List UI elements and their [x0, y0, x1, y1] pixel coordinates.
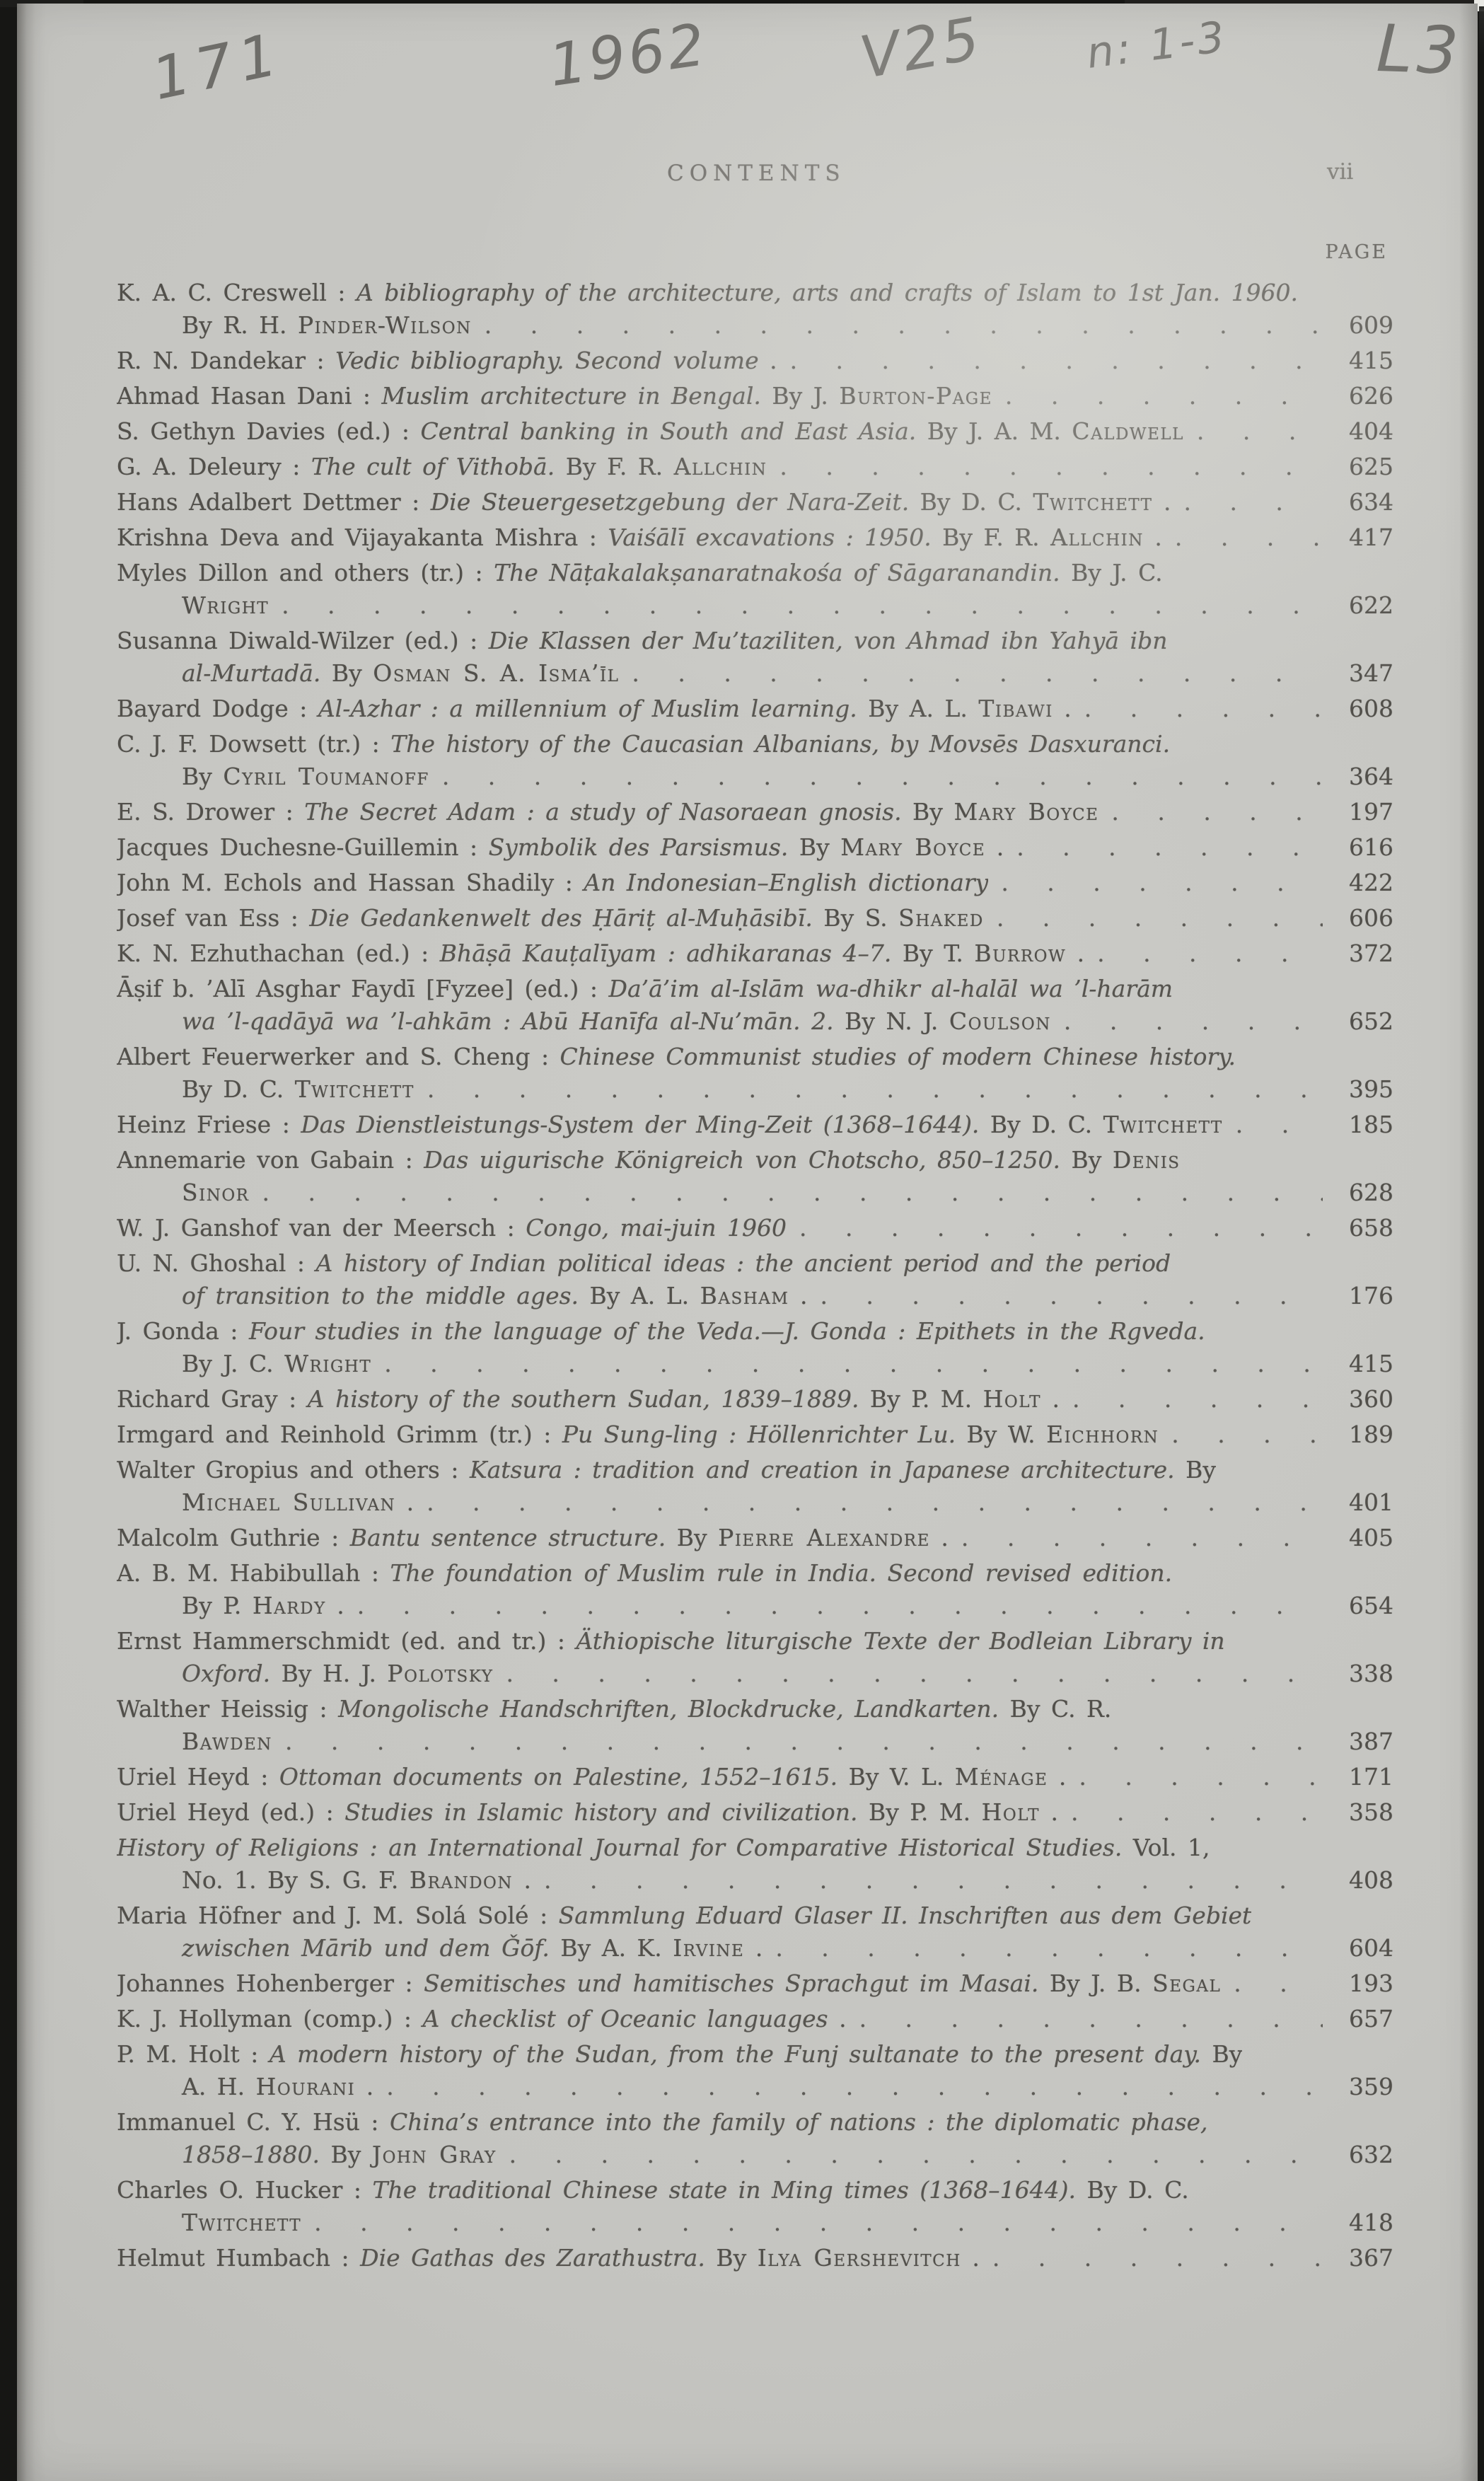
toc-entry: John M. Echols and Hassan Shadily : An I… [117, 867, 1393, 899]
author-text: . [1040, 1798, 1058, 1826]
toc-line: Josef van Ess : Die Gedankenwelt des Ḥār… [117, 902, 1393, 935]
leader-dots: . . . . . . . . . . . . . . . . . . . . … [1016, 831, 1323, 864]
leader-dots: . . . . . . . . . . . . . . . . . . . . … [285, 1725, 1323, 1758]
toc-line: Twitchett. . . . . . . . . . . . . . . .… [117, 2207, 1393, 2239]
folio-number: vii [1327, 159, 1353, 185]
book-title: The traditional Chinese state in Ming ti… [372, 2176, 1076, 2204]
author-text: By [320, 659, 373, 687]
toc-line: Uriel Heyd : Ottoman documents on Palest… [117, 1761, 1393, 1793]
author-text: . [828, 2005, 847, 2032]
toc-entry: Irmgard and Reinhold Grimm (tr.) : Pu Su… [117, 1418, 1393, 1451]
reviewer-name: Twitchett [295, 1075, 415, 1103]
toc-entry: Malcolm Guthrie : Bantu sentence structu… [117, 1522, 1393, 1554]
toc-entry: Uriel Heyd : Ottoman documents on Palest… [117, 1761, 1393, 1793]
reviewer-name: Pierre Alexandre [718, 1524, 930, 1551]
book-title: The history of the Caucasian Albanians, … [390, 730, 1170, 758]
author-text: By P. M. [858, 1798, 982, 1826]
toc-entry: Richard Gray : A history of the southern… [117, 1383, 1393, 1416]
page-number: 364 [1333, 761, 1393, 793]
toc-line: Walther Heissig : Mongolische Handschrif… [117, 1693, 1393, 1725]
toc-line-text: Sinor [117, 1176, 250, 1209]
toc-line-text: S. Gethyn Davies (ed.) : Central banking… [117, 415, 1184, 448]
toc-entry: Hans Adalbert Dettmer : Die Steuergesetz… [117, 486, 1393, 519]
author-text: . [1041, 1385, 1060, 1413]
page-number: 171 [1333, 1761, 1393, 1793]
reviewer-name: Sinor [182, 1179, 250, 1206]
book-title: A modern history of the Sudan, from the … [269, 2040, 1201, 2068]
toc-list: K. A. C. Creswell : A bibliography of th… [117, 277, 1393, 2277]
toc-line-text: W. J. Ganshof van der Meersch : Congo, m… [117, 1212, 787, 1244]
toc-line: Susanna Diwald-Wilzer (ed.) : Die Klasse… [117, 625, 1393, 657]
toc-entry: W. J. Ganshof van der Meersch : Congo, m… [117, 1212, 1393, 1244]
toc-line: K. A. C. Creswell : A bibliography of th… [117, 277, 1393, 309]
page-number: 415 [1333, 345, 1393, 377]
book-title: A history of the southern Sudan, 1839–18… [308, 1385, 859, 1413]
book-title: Ottoman documents on Palestine, 1552–161… [279, 1763, 837, 1791]
toc-line-text: Walter Gropius and others : Katsura : tr… [117, 1454, 1216, 1486]
leader-dots: . . . . . . . . . . . . . . . . . . . . … [1197, 415, 1323, 448]
page-number: 604 [1333, 1932, 1393, 1965]
toc-line: Oxford. By H. J. Polotsky. . . . . . . .… [117, 1658, 1393, 1690]
reviewer-name: Holt [982, 1798, 1040, 1826]
page-number: 367 [1333, 2242, 1393, 2274]
book-title: History of Religions : an International … [117, 1834, 1122, 1861]
author-text: Āṣif b. ’Alī Asghar Faydī [Fyzee] (ed.) … [117, 975, 609, 1002]
page-number: 347 [1333, 657, 1393, 690]
reviewer-name: John Gray [372, 2141, 497, 2168]
toc-line: of transition to the middle ages. By A. … [117, 1280, 1393, 1312]
reviewer-name: Mary Boyce [953, 798, 1098, 826]
author-text: By A. L. [579, 1282, 700, 1309]
book-title: Sammlung Eduard Glaser II. Inschriften a… [559, 1902, 1252, 1929]
reviewer-name: Osman S. A. Isma’īl [373, 659, 619, 687]
author-text: Krishna Deva and Vijayakanta Mishra : [117, 524, 608, 551]
leader-dots: . . . . . . . . . . . . . . . . . . . . … [427, 1073, 1323, 1106]
toc-entry: U. N. Ghoshal : A history of Indian poli… [117, 1247, 1393, 1312]
page-number: 408 [1333, 1864, 1393, 1897]
author-text: By D. C. [909, 488, 1033, 516]
toc-line-text: R. N. Dandekar : Vedic bibliography. Sec… [117, 345, 777, 377]
leader-dots: . . . . . . . . . . . . . . . . . . . . … [427, 1486, 1323, 1519]
toc-entry: Charles O. Hucker : The traditional Chin… [117, 2174, 1393, 2239]
toc-line: C. J. F. Dowsett (tr.) : The history of … [117, 728, 1393, 761]
leader-dots: . . . . . . . . . . . . . . . . . . . . … [544, 1864, 1323, 1897]
author-text: Charles O. Hucker : [117, 2176, 372, 2204]
toc-line-text: Johannes Hohenberger : Semitisches und h… [117, 1967, 1221, 2000]
toc-line-text: Susanna Diwald-Wilzer (ed.) : Die Klasse… [117, 625, 1167, 657]
toc-line: Michael Sullivan .. . . . . . . . . . . … [117, 1486, 1393, 1519]
reviewer-name: Eichhorn [1046, 1421, 1159, 1448]
author-text: K. N. Ezhuthachan (ed.) : [117, 939, 440, 967]
leader-dots: . . . . . . . . . . . . . . . . . . . . … [1005, 380, 1323, 412]
toc-line-text: Maria Höfner and J. M. Solá Solé : Samml… [117, 1899, 1251, 1932]
reviewer-name: Twitchett [1033, 488, 1152, 516]
book-title: Katsura : tradition and creation in Japa… [470, 1456, 1175, 1484]
author-text: By D. C. [1076, 2176, 1189, 2204]
leader-dots: . . . . . . . . . . . . . . . . . . . . … [1001, 867, 1323, 899]
author-text: . [355, 2073, 373, 2100]
book-title: wa ’l-qadāyā wa ’l-ahkām : Abū Hanīfa al… [182, 1007, 834, 1035]
page-number: 372 [1333, 937, 1393, 970]
toc-line: By J. C. Wright. . . . . . . . . . . . .… [117, 1348, 1393, 1380]
toc-line-text: By J. C. Wright [117, 1348, 371, 1380]
book-title: China’s entrance into the family of nati… [390, 2108, 1208, 2136]
page-number: 654 [1333, 1590, 1393, 1622]
page-number: 622 [1333, 589, 1393, 622]
toc-entry: P. M. Holt : A modern history of the Sud… [117, 2038, 1393, 2103]
author-text: . [1153, 488, 1171, 516]
author-text: By J. C. [182, 1350, 284, 1377]
reviewer-name: Wright [284, 1350, 371, 1377]
toc-entry: A. B. M. Habibullah : The foundation of … [117, 1557, 1393, 1622]
toc-line-text: Ahmad Hasan Dani : Muslim architecture i… [117, 380, 992, 412]
page-number: 626 [1333, 380, 1393, 412]
author-text: By W. [956, 1421, 1046, 1448]
page-column-label: PAGE [1326, 241, 1388, 263]
toc-entry: Krishna Deva and Vijayakanta Mishra : Va… [117, 521, 1393, 554]
toc-line-text: Uriel Heyd (ed.) : Studies in Islamic hi… [117, 1796, 1058, 1829]
author-text: By A. K. [550, 1934, 673, 1962]
author-text: Immanuel C. Y. Hsü : [117, 2108, 390, 2136]
reviewer-name: Hardy [253, 1592, 326, 1619]
toc-entry: K. J. Hollyman (comp.) : A checklist of … [117, 2003, 1393, 2035]
toc-line-text: Josef van Ess : Die Gedankenwelt des Ḥār… [117, 902, 984, 935]
page-number: 176 [1333, 1280, 1393, 1312]
toc-line-text: Albert Feuerwerker and S. Cheng : Chines… [117, 1041, 1236, 1073]
leader-dots: . . . . . . . . . . . . . . . . . . . . … [799, 1212, 1323, 1244]
toc-line: K. N. Ezhuthachan (ed.) : Bhāṣā Kauṭalīy… [117, 937, 1393, 970]
author-text: By A. L. [857, 695, 979, 722]
book-title: Äthiopische liturgische Texte der Bodlei… [576, 1627, 1224, 1655]
author-text: By [182, 763, 223, 790]
book-title: Al-Azhar : a millennium of Muslim learni… [318, 695, 857, 722]
book-title: Congo, mai-juin 1960 [526, 1214, 787, 1242]
toc-line-text: U. N. Ghoshal : A history of Indian poli… [117, 1247, 1171, 1280]
leader-dots: . . . . . . . . . . . . . . . . . . . . … [859, 2003, 1323, 2035]
author-text: Susanna Diwald-Wilzer (ed.) : [117, 627, 489, 654]
toc-line: S. Gethyn Davies (ed.) : Central banking… [117, 415, 1393, 448]
leader-dots: . . . . . . . . . . . . . . . . . . . . … [282, 589, 1323, 622]
page-number: 387 [1333, 1725, 1393, 1758]
toc-line: Wright. . . . . . . . . . . . . . . . . … [117, 589, 1393, 622]
toc-line-text: Annemarie von Gabain : Das uigurische Kö… [117, 1144, 1181, 1176]
reviewer-name: Burton-Page [839, 382, 992, 410]
author-text: Walter Gropius and others : [117, 1456, 470, 1484]
page-number: 405 [1333, 1522, 1393, 1554]
author-text: . [1144, 524, 1162, 551]
author-text: By T. [891, 939, 974, 967]
author-text: . [395, 1488, 414, 1516]
author-text: K. J. Hollyman (comp.) : [117, 2005, 423, 2032]
leader-dots: . . . . . . . . . . . . . . . . . . . . … [1097, 937, 1323, 970]
toc-line-text: zwischen Mārib und dem Ǧōf. By A. K. Irv… [117, 1932, 763, 1965]
author-text: By J. B. [1038, 1970, 1152, 1997]
author-text: A. B. M. Habibullah : [117, 1559, 390, 1587]
toc-line: By R. H. Pinder-Wilson. . . . . . . . . … [117, 309, 1393, 342]
book-title: Die Steuergesetzgebung der Nara-Zeit. [431, 488, 909, 516]
toc-line: E. S. Drower : The Secret Adam : a study… [117, 796, 1393, 828]
reviewer-name: Shaked [898, 904, 984, 932]
reviewer-name: Pinder-Wilson [298, 311, 472, 339]
leader-dots: . . . . . . . . . . . . . . . . . . . . … [1064, 1005, 1323, 1038]
author-text: By F. R. [932, 524, 1050, 551]
leader-dots: . . . . . . . . . . . . . . . . . . . . … [992, 2242, 1323, 2274]
author-text: By S. [813, 904, 898, 932]
page-number: 422 [1333, 867, 1393, 899]
toc-line-text: A. H. Hourani . [117, 2071, 373, 2103]
author-text: By [902, 798, 954, 826]
toc-entry: Jacques Duchesne-Guillemin : Symbolik de… [117, 831, 1393, 864]
toc-line: Āṣif b. ’Alī Asghar Faydī [Fyzee] (ed.) … [117, 973, 1393, 1005]
page-number: 338 [1333, 1658, 1393, 1690]
page-number: 401 [1333, 1486, 1393, 1519]
toc-entry: Immanuel C. Y. Hsü : China’s entrance in… [117, 2106, 1393, 2171]
author-text: S. Gethyn Davies (ed.) : [117, 417, 420, 445]
page-number: 625 [1333, 451, 1393, 483]
page-number: 358 [1333, 1796, 1393, 1829]
leader-dots: . . . . . . . . . . . . . . . . . . . . … [357, 1590, 1323, 1622]
book-title: of transition to the middle ages. [182, 1282, 579, 1309]
author-text: . [1053, 695, 1072, 722]
leader-dots: . . . . . . . . . . . . . . . . . . . . … [1079, 1761, 1323, 1793]
leader-dots: . . . . . . . . . . . . . . . . . . . . … [1084, 693, 1323, 725]
toc-entry: K. N. Ezhuthachan (ed.) : Bhāṣā Kauṭalīy… [117, 937, 1393, 970]
toc-line-text: K. N. Ezhuthachan (ed.) : Bhāṣā Kauṭalīy… [117, 937, 1084, 970]
page-number: 395 [1333, 1073, 1393, 1106]
leader-dots: . . . . . . . . . . . . . . . . . . . . … [1236, 1109, 1323, 1141]
toc-line-text: P. M. Holt : A modern history of the Sud… [117, 2038, 1242, 2071]
toc-line-text: Uriel Heyd : Ottoman documents on Palest… [117, 1761, 1066, 1793]
author-text: Richard Gray : [117, 1385, 308, 1413]
book-title: The Secret Adam : a study of Nasoraean g… [304, 798, 901, 826]
page-number: 417 [1333, 521, 1393, 554]
page-number: 418 [1333, 2207, 1393, 2239]
toc-line: Maria Höfner and J. M. Solá Solé : Samml… [117, 1899, 1393, 1932]
toc-line-text: By P. Hardy . [117, 1590, 344, 1622]
author-text: No. 1. By S. G. F. [182, 1866, 410, 1894]
toc-entry: Susanna Diwald-Wilzer (ed.) : Die Klasse… [117, 625, 1393, 690]
book-title: Vedic bibliography. Second volume [335, 347, 758, 374]
toc-entry: Āṣif b. ’Alī Asghar Faydī [Fyzee] (ed.) … [117, 973, 1393, 1038]
toc-line-text: Charles O. Hucker : The traditional Chin… [117, 2174, 1189, 2207]
book-title: Chinese Communist studies of modern Chin… [560, 1043, 1236, 1070]
toc-line-text: By Cyril Toumanoff [117, 761, 429, 793]
pencil-annotation: L3 [1375, 11, 1463, 89]
book-title: Symbolik des Parsismus. [489, 833, 789, 861]
book-title: Studies in Islamic history and civilizat… [344, 1798, 857, 1826]
author-text: C. J. F. Dowsett (tr.) : [117, 730, 390, 758]
author-text: By D. C. [182, 1075, 295, 1103]
author-text: Ahmad Hasan Dani : [117, 382, 382, 410]
author-text: Hans Adalbert Dettmer : [117, 488, 431, 516]
reviewer-name: Cyril Toumanoff [223, 763, 429, 790]
book-title: Bhāṣā Kauṭalīyam : adhikaranas 4–7. [440, 939, 892, 967]
toc-line-text: K. A. C. Creswell : A bibliography of th… [117, 277, 1298, 309]
leader-dots: . . . . . . . . . . . . . . . . . . . . … [1184, 486, 1323, 519]
toc-entry: Annemarie von Gabain : Das uigurische Kö… [117, 1144, 1393, 1209]
reviewer-name: Polotsky [387, 1660, 493, 1687]
author-text: . [759, 347, 777, 374]
author-text: . [744, 1934, 763, 1962]
toc-line: Charles O. Hucker : The traditional Chin… [117, 2174, 1393, 2207]
toc-line-text: Heinz Friese : Das Dienstleistungs-Syste… [117, 1109, 1223, 1141]
toc-entry: Heinz Friese : Das Dienstleistungs-Syste… [117, 1109, 1393, 1141]
reviewer-name: Allchin [1050, 524, 1144, 551]
author-text: By V. L. [837, 1763, 955, 1791]
author-text: Johannes Hohenberger : [117, 1970, 424, 1997]
reviewer-name: Michael Sullivan [182, 1488, 395, 1516]
pencil-annotation: 171 [146, 21, 289, 114]
toc-line: P. M. Holt : A modern history of the Sud… [117, 2038, 1393, 2071]
author-text: By R. H. [182, 311, 298, 339]
toc-entry: Bayard Dodge : Al-Azhar : a millennium o… [117, 693, 1393, 725]
toc-line-text: John M. Echols and Hassan Shadily : An I… [117, 867, 988, 899]
toc-line-text: Walther Heissig : Mongolische Handschrif… [117, 1693, 1111, 1725]
leader-dots: . . . . . . . . . . . . . . . . . . . . … [775, 1932, 1323, 1965]
toc-line: R. N. Dandekar : Vedic bibliography. Sec… [117, 345, 1393, 377]
author-text: . [985, 833, 1004, 861]
author-text: A. H. [182, 2073, 256, 2100]
author-text: By N. J. [834, 1007, 949, 1035]
toc-line: zwischen Mārib und dem Ǧōf. By A. K. Irv… [117, 1932, 1393, 1965]
author-text: By C. R. [999, 1695, 1111, 1723]
pencil-annotation: n: 1-3 [1084, 12, 1229, 79]
toc-entry: Helmut Humbach : Die Gathas des Zarathus… [117, 2242, 1393, 2274]
author-text: By [1060, 1146, 1113, 1174]
reviewer-name: Segal [1152, 1970, 1221, 1997]
author-text: K. A. C. Creswell : [117, 279, 356, 306]
author-text: . [513, 1866, 531, 1894]
toc-line-text: wa ’l-qadāyā wa ’l-ahkām : Abū Hanīfa al… [117, 1005, 1051, 1038]
scanned-photo: 1711962V25n: 1-3L3 CONTENTS vii PAGE K. … [0, 0, 1484, 2481]
leader-dots: . . . . . . . . . . . . . . . . . . . . … [961, 1522, 1323, 1554]
toc-line: No. 1. By S. G. F. Brandon .. . . . . . … [117, 1864, 1393, 1897]
toc-entry: Uriel Heyd (ed.) : Studies in Islamic hi… [117, 1796, 1393, 1829]
author-text: By J. C. [1060, 559, 1163, 586]
leader-dots: . . . . . . . . . . . . . . . . . . . . … [506, 1658, 1323, 1690]
author-text: By H. J. [270, 1660, 387, 1687]
toc-entry: Josef van Ess : Die Gedankenwelt des Ḥār… [117, 902, 1393, 935]
page-number: 628 [1333, 1176, 1393, 1209]
toc-entry: Johannes Hohenberger : Semitisches und h… [117, 1967, 1393, 2000]
book-title: Das uigurische Königreich von Chotscho, … [424, 1146, 1060, 1174]
toc-line: Heinz Friese : Das Dienstleistungs-Syste… [117, 1109, 1393, 1141]
toc-line: History of Religions : an International … [117, 1832, 1393, 1864]
toc-line: Irmgard and Reinhold Grimm (tr.) : Pu Su… [117, 1418, 1393, 1451]
toc-line: Sinor. . . . . . . . . . . . . . . . . .… [117, 1176, 1393, 1209]
toc-line: John M. Echols and Hassan Shadily : An I… [117, 867, 1393, 899]
reviewer-name: Hourani [256, 2073, 356, 2100]
author-text: By [666, 1524, 718, 1551]
toc-entry: G. A. Deleury : The cult of Vithobā. By … [117, 451, 1393, 483]
author-text: J. Gonda : [117, 1317, 249, 1345]
book-title: Central banking in South and East Asia. [420, 417, 916, 445]
author-text: By F. R. [555, 453, 673, 480]
page-number: 185 [1333, 1109, 1393, 1141]
page-number: 189 [1333, 1418, 1393, 1451]
toc-line-text: Malcolm Guthrie : Bantu sentence structu… [117, 1522, 949, 1554]
toc-line: G. A. Deleury : The cult of Vithobā. By … [117, 451, 1393, 483]
page-title: CONTENTS [667, 161, 846, 186]
author-text: Albert Feuerwerker and S. Cheng : [117, 1043, 560, 1070]
toc-line: Malcolm Guthrie : Bantu sentence structu… [117, 1522, 1393, 1554]
book-title: Vaiśālī excavations : 1950. [608, 524, 931, 551]
author-text: By P. M. [859, 1385, 982, 1413]
author-text: P. M. Holt : [117, 2040, 269, 2068]
book-title: An Indonesian–English dictionary [584, 869, 988, 896]
toc-line-text: Immanuel C. Y. Hsü : China’s entrance in… [117, 2106, 1208, 2139]
author-text: Vol. 1, [1122, 1834, 1210, 1861]
reviewer-name: Burrow [974, 939, 1066, 967]
author-text: Uriel Heyd (ed.) : [117, 1798, 344, 1826]
page-number: 359 [1333, 2071, 1393, 2103]
book-title: The Nāṭakalakṣanaratnakośa of Sāgaranand… [494, 559, 1060, 586]
toc-line-text: No. 1. By S. G. F. Brandon . [117, 1864, 531, 1897]
toc-line: K. J. Hollyman (comp.) : A checklist of … [117, 2003, 1393, 2035]
author-text: Myles Dillon and others (tr.) : [117, 559, 494, 586]
page-number: 609 [1333, 309, 1393, 342]
toc-line-text: Hans Adalbert Dettmer : Die Steuergesetz… [117, 486, 1171, 519]
toc-line: Uriel Heyd (ed.) : Studies in Islamic hi… [117, 1796, 1393, 1829]
book-title: Die Gathas des Zarathustra. [360, 2244, 705, 2272]
book-title: Die Gedankenwelt des Ḥāriṭ al-Muḥāsibī. [309, 904, 812, 932]
leader-dots: . . . . . . . . . . . . . . . . . . . . … [1171, 1418, 1323, 1451]
leader-dots: . . . . . . . . . . . . . . . . . . . . … [1175, 521, 1323, 554]
toc-line-text: Myles Dillon and others (tr.) : The Nāṭa… [117, 557, 1163, 589]
author-text: Irmgard and Reinhold Grimm (tr.) : [117, 1421, 562, 1448]
book-title: Das Dienstleistungs-System der Ming-Zeit… [301, 1111, 979, 1138]
page-number: 415 [1333, 1348, 1393, 1380]
toc-line: J. Gonda : Four studies in the language … [117, 1315, 1393, 1348]
reviewer-name: Ménage [955, 1763, 1048, 1791]
book-page: 1711962V25n: 1-3L3 CONTENTS vii PAGE K. … [17, 4, 1478, 2481]
toc-entry: J. Gonda : Four studies in the language … [117, 1315, 1393, 1380]
toc-line: Albert Feuerwerker and S. Cheng : Chines… [117, 1041, 1393, 1073]
book-title: Muslim architecture in Bengal. [382, 382, 761, 410]
page-number: 608 [1333, 693, 1393, 725]
toc-line: By P. Hardy .. . . . . . . . . . . . . .… [117, 1590, 1393, 1622]
toc-line-text: J. Gonda : Four studies in the language … [117, 1315, 1205, 1348]
toc-entry: Walther Heissig : Mongolische Handschrif… [117, 1693, 1393, 1758]
toc-line: Richard Gray : A history of the southern… [117, 1383, 1393, 1416]
reviewer-name: Basham [700, 1282, 789, 1309]
reviewer-name: Irvine [673, 1934, 744, 1962]
toc-line-text: By D. C. Twitchett [117, 1073, 415, 1106]
toc-line: 1858–1880. By John Gray. . . . . . . . .… [117, 2139, 1393, 2171]
leader-dots: . . . . . . . . . . . . . . . . . . . . … [997, 902, 1323, 935]
reviewer-name: Twitchett [1103, 1111, 1223, 1138]
toc-entry: R. N. Dandekar : Vedic bibliography. Sec… [117, 345, 1393, 377]
leader-dots: . . . . . . . . . . . . . . . . . . . . … [779, 451, 1323, 483]
toc-line: By D. C. Twitchett. . . . . . . . . . . … [117, 1073, 1393, 1106]
toc-line-text: By R. H. Pinder-Wilson [117, 309, 472, 342]
leader-dots: . . . . . . . . . . . . . . . . . . . . … [314, 2207, 1323, 2239]
toc-line: Ernst Hammerschmidt (ed. and tr.) : Äthi… [117, 1625, 1393, 1658]
book-title: Da’ā’im al-Islām wa-dhikr al-halāl wa ’l… [609, 975, 1173, 1002]
toc-line: Myles Dillon and others (tr.) : The Nāṭa… [117, 557, 1393, 589]
reviewer-name: Denis [1113, 1146, 1181, 1174]
author-text: Maria Höfner and J. M. Solá Solé : [117, 1902, 559, 1929]
toc-line: Immanuel C. Y. Hsü : China’s entrance in… [117, 2106, 1393, 2139]
toc-line-text: Āṣif b. ’Alī Asghar Faydī [Fyzee] (ed.) … [117, 973, 1173, 1005]
page-number: 632 [1333, 2139, 1393, 2171]
reviewer-name: Brandon [410, 1866, 513, 1894]
author-text: By J. [761, 382, 840, 410]
author-text: By [788, 833, 840, 861]
toc-line: al-Murtadā. By Osman S. A. Isma’īl. . . … [117, 657, 1393, 690]
toc-line: Bayard Dodge : Al-Azhar : a millennium o… [117, 693, 1393, 725]
leader-dots: . . . . . . . . . . . . . . . . . . . . … [1111, 796, 1323, 828]
